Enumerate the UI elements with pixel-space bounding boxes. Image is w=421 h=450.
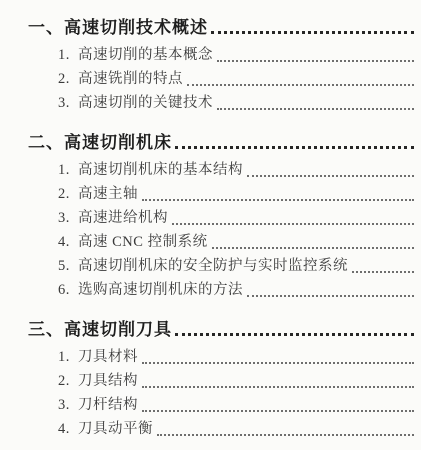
toc-entry: 3. 刀杆结构 — [58, 393, 416, 417]
toc-entry: 2. 高速主轴 — [58, 182, 416, 206]
section-title: 高速切削机床 — [64, 128, 172, 153]
dot-leader — [217, 108, 414, 110]
entry-number: 4. — [58, 421, 78, 438]
dot-leader — [142, 362, 414, 364]
entry-title: 高速切削的关键技术 — [78, 91, 213, 112]
entry-number: 1. — [58, 349, 78, 366]
entry-number: 6. — [58, 282, 78, 299]
entry-title: 高速切削机床的基本结构 — [78, 158, 243, 179]
section-heading: 二、 高速切削机床 — [28, 128, 416, 153]
toc-section: 三、 高速切削刀具 1. 刀具材料 2. 刀具结构 3. 刀杆结构 4. 刀具动… — [28, 315, 416, 441]
dot-leader — [175, 146, 414, 149]
toc-entry: 4. 刀具动平衡 — [58, 417, 416, 441]
dot-leader — [212, 247, 414, 249]
section-title: 高速切削刀具 — [64, 315, 172, 340]
entry-title: 高速进给机构 — [78, 206, 168, 227]
entry-title: 选购高速切削机床的方法 — [78, 278, 243, 299]
dot-leader — [142, 386, 414, 388]
section-items: 1. 高速切削的基本概念 2. 高速铣削的特点 3. 高速切削的关键技术 — [58, 43, 416, 115]
toc-page: 一、 高速切削技术概述 1. 高速切削的基本概念 2. 高速铣削的特点 3. 高… — [0, 0, 421, 450]
dot-leader — [217, 60, 414, 62]
entry-title: 刀具材料 — [78, 345, 138, 366]
toc-entry: 6. 选购高速切削机床的方法 — [58, 278, 416, 302]
section-title: 高速切削技术概述 — [64, 13, 208, 38]
toc-entry: 4. 高速 CNC 控制系统 — [58, 230, 416, 254]
entry-title: 高速铣削的特点 — [78, 67, 183, 88]
toc-entry: 2. 高速铣削的特点 — [58, 67, 416, 91]
entry-number: 1. — [58, 47, 78, 64]
entry-number: 2. — [58, 373, 78, 390]
entry-title: 高速 CNC 控制系统 — [78, 230, 208, 251]
dot-leader — [172, 223, 414, 225]
toc-entry: 5. 高速切削机床的安全防护与实时监控系统 — [58, 254, 416, 278]
entry-number: 3. — [58, 95, 78, 112]
dot-leader — [247, 295, 414, 297]
section-heading: 三、 高速切削刀具 — [28, 315, 416, 340]
entry-number: 4. — [58, 234, 78, 251]
section-number: 三、 — [28, 315, 64, 340]
dot-leader — [175, 333, 414, 336]
entry-number: 2. — [58, 71, 78, 88]
toc-section: 一、 高速切削技术概述 1. 高速切削的基本概念 2. 高速铣削的特点 3. 高… — [28, 13, 416, 115]
entry-number: 5. — [58, 258, 78, 275]
entry-title: 刀具动平衡 — [78, 417, 153, 438]
entry-title: 高速切削的基本概念 — [78, 43, 213, 64]
entry-number: 3. — [58, 210, 78, 227]
entry-title: 刀具结构 — [78, 369, 138, 390]
toc-entry: 1. 高速切削机床的基本结构 — [58, 158, 416, 182]
dot-leader — [211, 31, 414, 34]
toc-entry: 1. 高速切削的基本概念 — [58, 43, 416, 67]
section-items: 1. 刀具材料 2. 刀具结构 3. 刀杆结构 4. 刀具动平衡 — [58, 345, 416, 441]
section-items: 1. 高速切削机床的基本结构 2. 高速主轴 3. 高速进给机构 4. 高速 C… — [58, 158, 416, 302]
toc-entry: 3. 高速进给机构 — [58, 206, 416, 230]
toc-entry: 2. 刀具结构 — [58, 369, 416, 393]
entry-number: 3. — [58, 397, 78, 414]
entry-number: 2. — [58, 186, 78, 203]
section-heading: 一、 高速切削技术概述 — [28, 13, 416, 38]
entry-number: 1. — [58, 162, 78, 179]
section-number: 二、 — [28, 128, 64, 153]
dot-leader — [142, 199, 414, 201]
dot-leader — [352, 271, 414, 273]
dot-leader — [142, 410, 414, 412]
table-of-contents: 一、 高速切削技术概述 1. 高速切削的基本概念 2. 高速铣削的特点 3. 高… — [28, 13, 416, 441]
dot-leader — [187, 84, 414, 86]
entry-title: 高速切削机床的安全防护与实时监控系统 — [78, 254, 348, 275]
entry-title: 高速主轴 — [78, 182, 138, 203]
dot-leader — [157, 434, 414, 436]
toc-entry: 1. 刀具材料 — [58, 345, 416, 369]
entry-title: 刀杆结构 — [78, 393, 138, 414]
section-number: 一、 — [28, 13, 64, 38]
toc-entry: 3. 高速切削的关键技术 — [58, 91, 416, 115]
toc-section: 二、 高速切削机床 1. 高速切削机床的基本结构 2. 高速主轴 3. 高速进给… — [28, 128, 416, 302]
dot-leader — [247, 175, 414, 177]
